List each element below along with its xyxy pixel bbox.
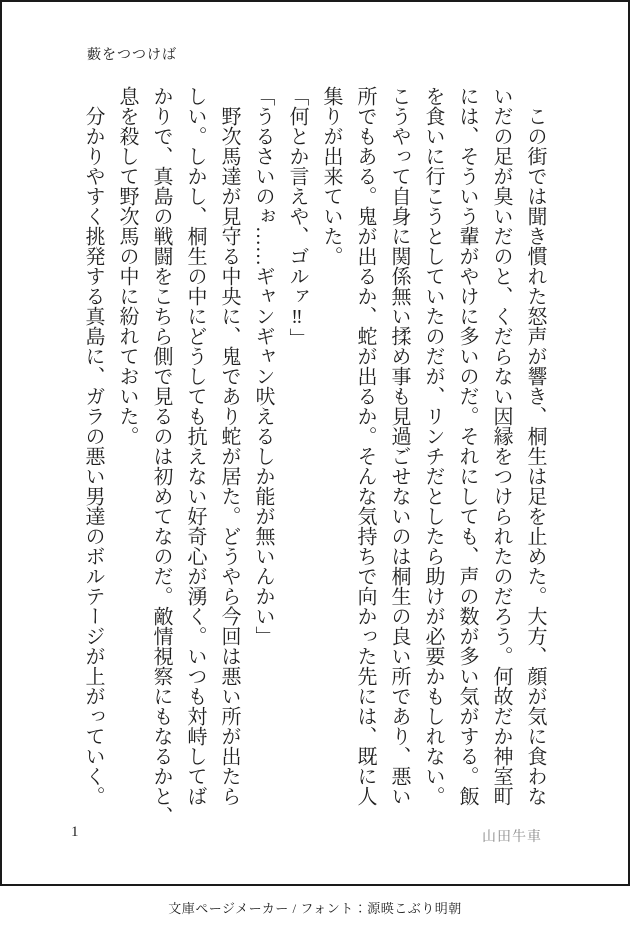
body-line: 息を殺して野次馬の中に紛れておいた。 [110, 86, 144, 848]
body-line: 分かりやすく挑発する真島に、ガラの悪い男達のボルテージが上がっていく。 [76, 86, 110, 848]
footer-credit: 文庫ページメーカー / フォント：源暎こぶり明朝 [0, 886, 630, 928]
body-line: 「何とか言えや、ゴルァ‼」 [280, 86, 314, 848]
body-line: 所でもある。鬼が出るか、蛇が出るか。そんな気持ちで向かった先には、既に人 [348, 86, 382, 848]
page-number: 1 [71, 824, 79, 841]
body-line: こうやって自身に関係無い揉め事も見過ごせないのは桐生の良い所であり、悪い [382, 86, 416, 848]
body-line: 「うるさいのぉ……ギャンギャン吠えるしか能が無いんかい」 [246, 86, 280, 848]
body-line: には、そういう輩がやけに多いのだ。それにしても、声の数が多い気がする。飯 [450, 86, 484, 848]
book-page: 藪をつつけば この街では聞き慣れた怒声が響き、桐生は足を止めた。大方、顔が気に食… [0, 0, 630, 886]
body-line: 野次馬達が見守る中央に、鬼であり蛇が居た。どうやら今回は悪い所が出たら [212, 86, 246, 848]
body-line: いだの足が臭いだのと、くだらない因縁をつけられたのだろう。何故だか神室町 [484, 86, 518, 848]
body-line: 集りが出来ていた。 [314, 86, 348, 848]
body-text: この街では聞き慣れた怒声が響き、桐生は足を止めた。大方、顔が気に食わな いだの足… [76, 86, 552, 848]
body-line: しい。しかし、桐生の中にどうしても抗えない好奇心が湧く。いつも対峙してば [178, 86, 212, 848]
body-line: この街では聞き慣れた怒声が響き、桐生は足を止めた。大方、顔が気に食わな [518, 86, 552, 848]
body-line: を食いに行こうとしていたのだが、リンチだとしたら助けが必要かもしれない。 [416, 86, 450, 848]
page-title: 藪をつつけば [87, 44, 177, 64]
author-name: 山田牛車 [482, 826, 542, 846]
body-line: かりで、真島の戦闘をこちら側で見るのは初めてなのだ。敵情視察にもなるかと、 [144, 86, 178, 848]
